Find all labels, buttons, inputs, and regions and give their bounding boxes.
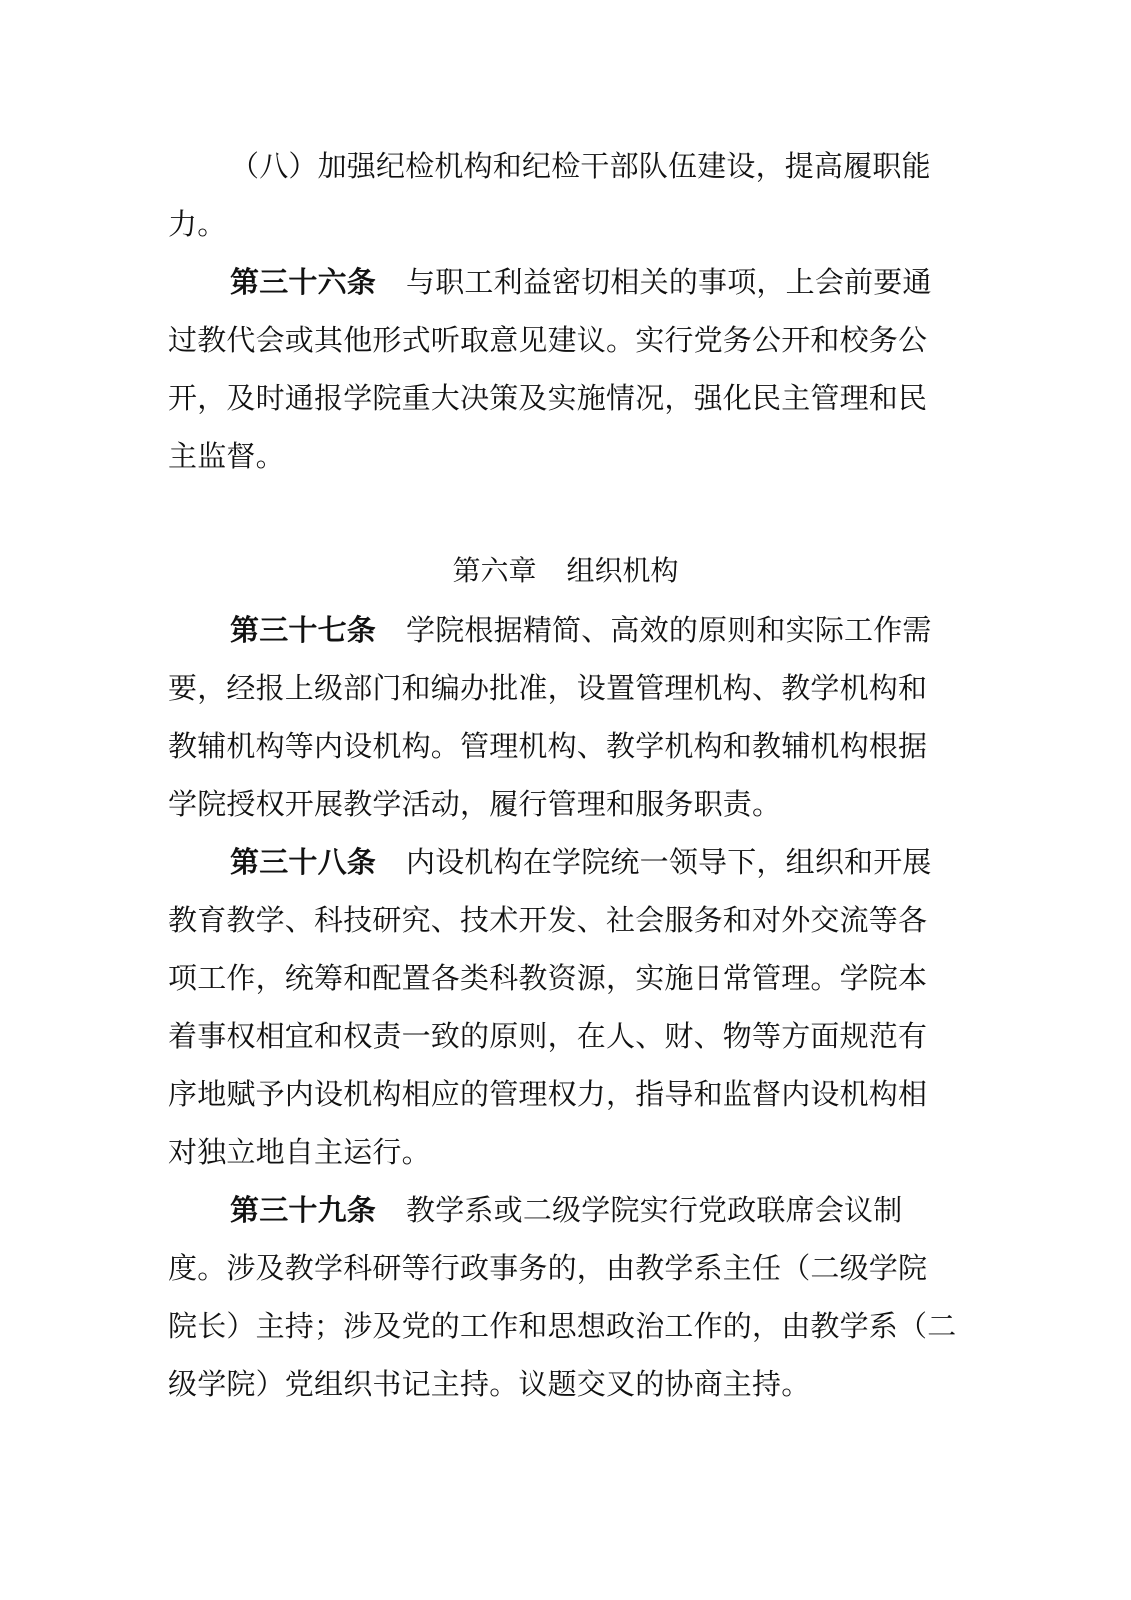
document-page: （八）加强纪检机构和纪检干部队伍建设，提高履职能 力。 第三十六条与职工利益密切…	[0, 0, 1131, 1600]
item-8-line-2: 力。	[168, 204, 958, 244]
article-37-line-3: 教辅机构等内设机构。管理机构、教学机构和教辅机构根据	[168, 726, 958, 766]
article-38-text: 内设机构在学院统一领导下，组织和开展	[406, 845, 932, 879]
article-39-line-3: 院长）主持；涉及党的工作和思想政治工作的，由教学系（二	[168, 1306, 958, 1346]
article-37-text: 学院根据精简、高效的原则和实际工作需	[406, 613, 932, 647]
article-37-title: 第三十七条	[230, 613, 376, 647]
article-38-title: 第三十八条	[230, 845, 376, 879]
article-38-line-5: 序地赋予内设机构相应的管理权力，指导和监督内设机构相	[168, 1074, 958, 1114]
item-8-line-1: （八）加强纪检机构和纪检干部队伍建设，提高履职能	[230, 146, 1020, 186]
article-39-line-4: 级学院）党组织书记主持。议题交叉的协商主持。	[168, 1364, 958, 1404]
article-38-line-4: 着事权相宜和权责一致的原则，在人、财、物等方面规范有	[168, 1016, 958, 1056]
article-37-line-2: 要，经报上级部门和编办批准，设置管理机构、教学机构和	[168, 668, 958, 708]
chapter-number: 第六章	[452, 554, 536, 587]
article-36-line-2: 过教代会或其他形式听取意见建议。实行党务公开和校务公	[168, 320, 958, 360]
article-37-line-1: 第三十七条学院根据精简、高效的原则和实际工作需	[230, 610, 1020, 650]
article-38-line-2: 教育教学、科技研究、技术开发、社会服务和对外交流等各	[168, 900, 958, 940]
article-36-title: 第三十六条	[230, 265, 376, 299]
article-39-text: 教学系或二级学院实行党政联席会议制	[406, 1193, 902, 1227]
article-38-line-3: 项工作，统筹和配置各类科教资源，实施日常管理。学院本	[168, 958, 958, 998]
article-38-line-6: 对独立地自主运行。	[168, 1132, 958, 1172]
article-36-text: 与职工利益密切相关的事项，上会前要通	[406, 265, 932, 299]
article-36-line-4: 主监督。	[168, 436, 958, 476]
article-36-line-3: 开，及时通报学院重大决策及实施情况，强化民主管理和民	[168, 378, 958, 418]
article-39-line-2: 度。涉及教学科研等行政事务的，由教学系主任（二级学院	[168, 1248, 958, 1288]
article-38-line-1: 第三十八条内设机构在学院统一领导下，组织和开展	[230, 842, 1020, 882]
article-39-line-1: 第三十九条教学系或二级学院实行党政联席会议制	[230, 1190, 1020, 1230]
chapter-title: 组织机构	[567, 554, 679, 587]
article-37-line-4: 学院授权开展教学活动，履行管理和服务职责。	[168, 784, 958, 824]
article-36-line-1: 第三十六条与职工利益密切相关的事项，上会前要通	[230, 262, 1020, 302]
article-39-title: 第三十九条	[230, 1193, 376, 1227]
chapter-heading: 第六章组织机构	[0, 551, 1131, 591]
